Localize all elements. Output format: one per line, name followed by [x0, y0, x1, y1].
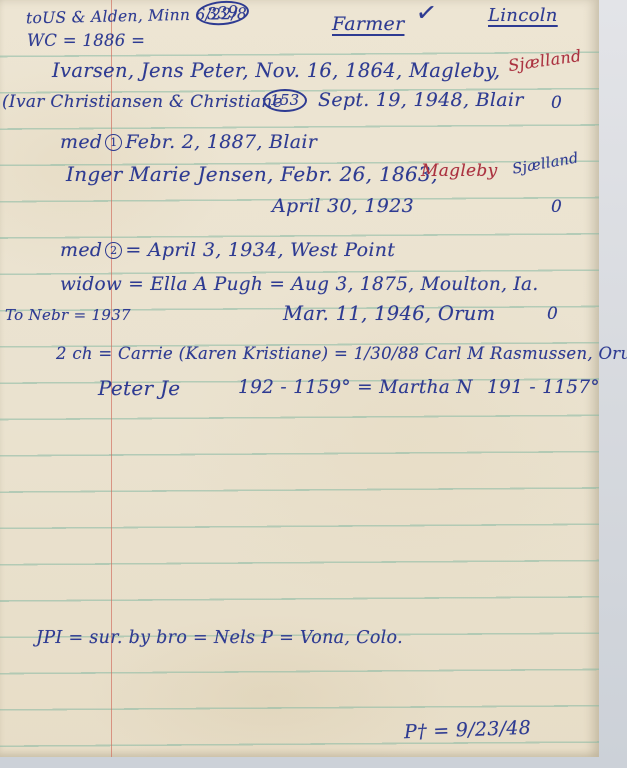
file-number-circled: 339	[195, 0, 250, 27]
cross-reference: 153	[263, 89, 307, 112]
check-icon: ✓	[414, 0, 439, 28]
widow-death-line: Mar. 11, 1946, Orum	[283, 302, 495, 325]
marriage1-prefix: med	[60, 131, 102, 153]
cemetery-mark-2: 0	[551, 197, 562, 217]
marriage1-line: med1Febr. 2, 1887, Blair	[60, 131, 317, 153]
subject-name-line: Ivarsen, Jens Peter, Nov. 16, 1864, Magl…	[52, 59, 500, 82]
county-label: Lincoln	[488, 5, 558, 26]
notebook-page: toUS & Alden, Minn 6/22/8 339 Farmer ✓ L…	[0, 0, 599, 757]
marriage2-detail: = April 3, 1934, West Point	[125, 239, 395, 261]
migration-note: To Nebr = 1937	[5, 306, 131, 324]
occupation-label: Farmer	[332, 13, 404, 35]
subject-parents-line: (Ivar Christiansen & Christiane	[2, 92, 283, 112]
survivor-note: JPI = sur. by bro = Nels P = Vona, Colo.	[36, 628, 403, 648]
recorded-date-note: P† = 9/23/48	[404, 717, 532, 743]
spouse1-birthplace: Magleby	[421, 161, 498, 181]
file-number: 339	[195, 0, 250, 27]
child2-ref1: 192 - 1159° = Martha N	[238, 377, 473, 398]
children-count-line: 2 ch = Carrie (Karen Kristiane) = 1/30/8…	[56, 344, 627, 363]
marriage1-detail: Febr. 2, 1887, Blair	[125, 131, 317, 153]
spouse1-name-line: Inger Marie Jensen, Febr. 26, 1863,	[66, 162, 438, 186]
spouse1-death-line: April 30, 1923	[272, 195, 414, 217]
child2-name: Peter Je	[98, 376, 180, 400]
marriage2-number-circled: 2	[105, 242, 122, 259]
marriage2-line: med2= April 3, 1934, West Point	[60, 239, 395, 261]
wc-note: WC = 1886 =	[27, 31, 145, 50]
marriage2-prefix: med	[60, 239, 102, 261]
child2-ref2: 191 - 1157°	[487, 377, 600, 398]
subject-death-line: Sept. 19, 1948, Blair	[318, 89, 524, 111]
cemetery-mark-1: 0	[551, 93, 562, 113]
widow-line: widow = Ella A Pugh = Aug 3, 1875, Moult…	[60, 274, 539, 295]
cross-reference-circled: 153	[263, 89, 307, 112]
marriage1-number-circled: 1	[105, 134, 122, 151]
cemetery-mark-3: 0	[547, 304, 558, 324]
